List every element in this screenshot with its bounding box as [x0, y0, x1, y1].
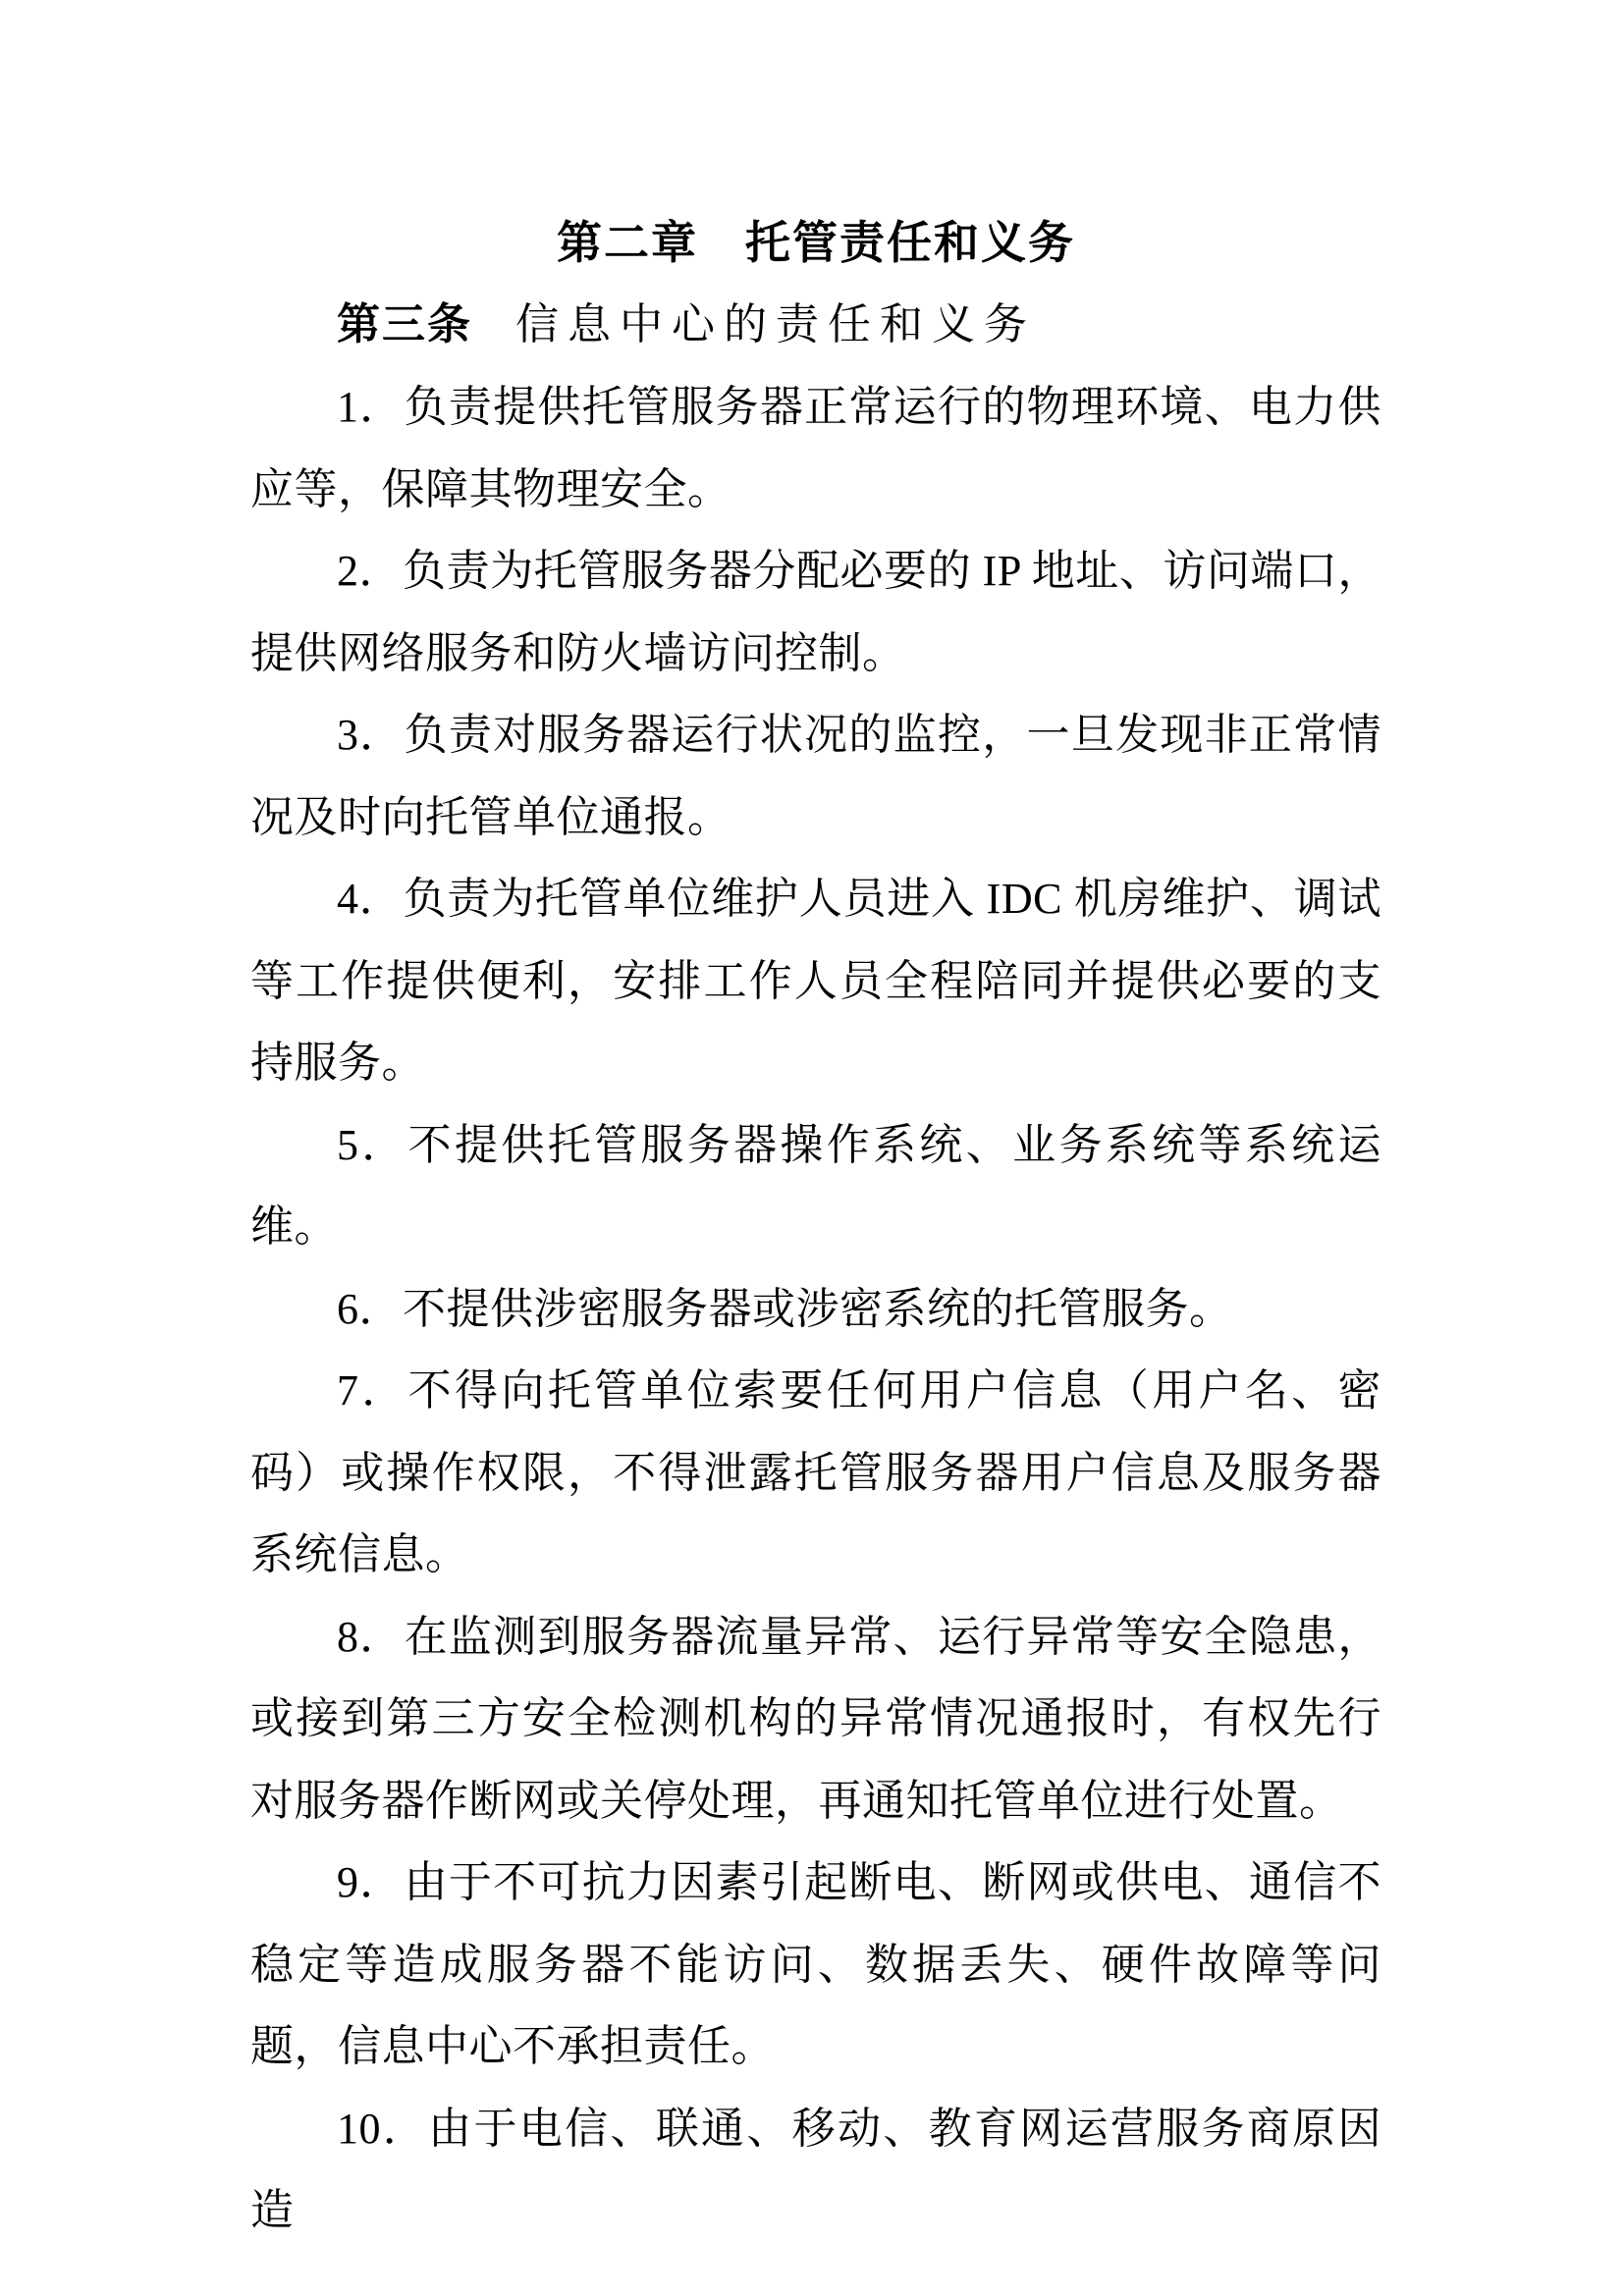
article-heading: 第三条信息中心的责任和义务	[250, 284, 1381, 366]
clause-7: 7．不得向托管单位索要任何用户信息（用户名、密码）或操作权限，不得泄露托管服务器…	[250, 1350, 1381, 1596]
clause-2: 2．负责为托管服务器分配必要的 IP 地址、访问端口，提供网络服务和防火墙访问控…	[250, 530, 1381, 694]
clause-3: 3．负责对服务器运行状况的监控，一旦发现非正常情况及时向托管单位通报。	[250, 694, 1381, 858]
clause-10: 10．由于电信、联通、移动、教育网运营服务商原因造	[250, 2088, 1381, 2252]
chapter-title: 第二章 托管责任和义务	[250, 201, 1381, 284]
article-number-label: 第三条	[337, 300, 472, 348]
document-page: 第二章 托管责任和义务 第三条信息中心的责任和义务 1．负责提供托管服务器正常运…	[0, 0, 1624, 2296]
clause-9: 9．由于不可抗力因素引起断电、断网或供电、通信不稳定等造成服务器不能访问、数据丢…	[250, 1842, 1381, 2088]
article-title-text: 信息中心的责任和义务	[515, 300, 1036, 348]
clause-5: 5．不提供托管服务器操作系统、业务系统等系统运维。	[250, 1104, 1381, 1268]
clause-8: 8．在监测到服务器流量异常、运行异常等安全隐患，或接到第三方安全检测机构的异常情…	[250, 1596, 1381, 1842]
clause-1: 1．负责提供托管服务器正常运行的物理环境、电力供应等，保障其物理安全。	[250, 366, 1381, 530]
document-body: 第二章 托管责任和义务 第三条信息中心的责任和义务 1．负责提供托管服务器正常运…	[250, 201, 1381, 2252]
clause-6: 6．不提供涉密服务器或涉密系统的托管服务。	[250, 1268, 1381, 1351]
clause-4: 4．负责为托管单位维护人员进入 IDC 机房维护、调试等工作提供便利，安排工作人…	[250, 858, 1381, 1104]
